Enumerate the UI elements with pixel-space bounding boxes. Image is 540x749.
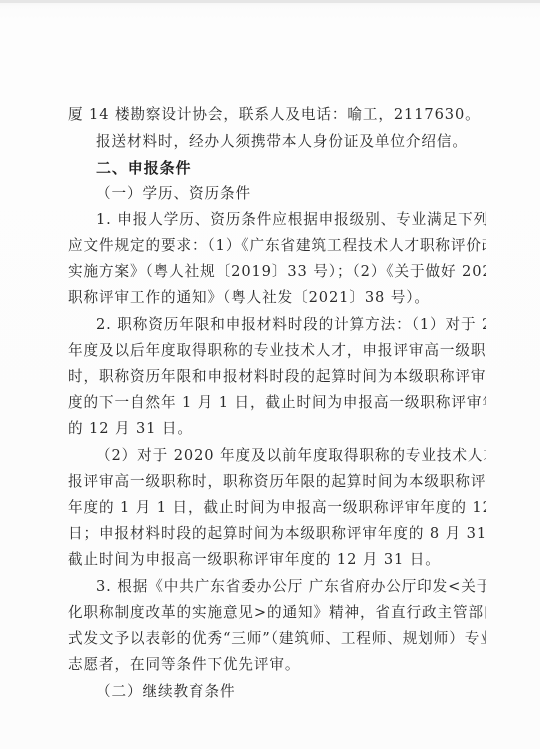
text-line: （2）对于 2020 年度及以前年度取得职称的专业技术人才，申 (96, 444, 486, 468)
text-line: （二）继续教育条件 (96, 680, 486, 704)
text-line: 度的下一自然年 1 月 1 日，截止时间为申报高一级职称评审年度 (68, 391, 486, 415)
text-line: 应文件规定的要求：（1）《广东省建筑工程技术人才职称评价改革 (68, 234, 486, 258)
text-line: 年度及以后年度取得职称的专业技术人才，申报评审高一级职称 (68, 339, 486, 363)
text-line: 式发文予以表彰的优秀“三师”（建筑师、工程师、规划师）专业 (68, 627, 486, 651)
text-line: 职称评审工作的通知》（粤人社发〔2021〕38 号）。 (68, 286, 486, 310)
text-line: 报评审高一级职称时，职称资历年限的起算时间为本级职称评审 (68, 470, 486, 494)
text-line: 截止时间为申报高一级职称评审年度的 12 月 31 日。 (68, 548, 486, 572)
text-line: （一）学历、资历条件 (96, 182, 486, 206)
page-top-edge (0, 0, 540, 3)
text-line: 年度的 1 月 1 日，截止时间为申报高一级职称评审年度的 12 月 31 (68, 496, 486, 520)
text-line: 实施方案》（粤人社规〔2019〕33 号）；（2）《关于做好 2021 年度 (68, 260, 486, 284)
text-line: 3. 根据《中共广东省委办公厅 广东省府办公厅印发<关于深 (96, 575, 486, 599)
text-line: 日；申报材料时段的起算时间为本级职称评审年度的 8 月 31 日， (68, 522, 486, 546)
text-line: 的 12 月 31 日。 (68, 417, 486, 441)
text-line: 志愿者，在同等条件下优先评审。 (68, 653, 486, 677)
document-page: 厦 14 楼勘察设计协会，联系人及电话：喻工，2117630。报送材料时，经办人… (0, 0, 540, 749)
text-line: 化职称制度改革的实施意见>的通知》精神，省直行政主管部门正 (68, 601, 486, 625)
text-line: 报送材料时，经办人须携带本人身份证及单位介绍信。 (96, 130, 486, 154)
text-line: 2. 职称资历年限和申报材料时段的计算方法：（1）对于 2021 (96, 313, 486, 337)
text-line: 厦 14 楼勘察设计协会，联系人及电话：喻工，2117630。 (68, 103, 486, 127)
section-heading: 二、申报条件 (96, 156, 486, 180)
text-line: 时，职称资历年限和申报材料时段的起算时间为本级职称评审年 (68, 365, 486, 389)
text-line: 1. 申报人学历、资历条件应根据申报级别、专业满足下列相 (96, 208, 486, 232)
